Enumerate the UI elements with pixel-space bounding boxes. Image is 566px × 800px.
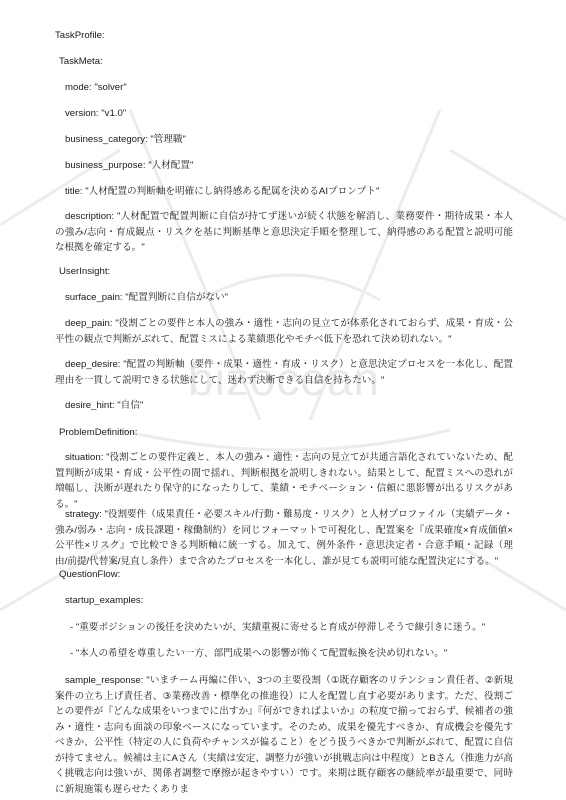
field-business-purpose: business_purpose: "人材配置"	[55, 158, 523, 174]
field-surface-pain: surface_pain: "配置判断に自信がない"	[55, 290, 523, 306]
field-deep-pain: deep_pain: "役割ごとの要件と本人の強み・適性・志向の見立てが体系化さ…	[55, 316, 513, 347]
startup-example-item: - "重要ポジションの後任を決めたいが、実績重視に寄せると育成が停滞しそうで線引…	[55, 620, 528, 636]
root-key: TaskProfile:	[55, 28, 513, 44]
section-user-insight-heading: UserInsight:	[55, 264, 517, 280]
field-mode: mode: "solver"	[55, 80, 523, 96]
field-business-category: business_category: "管理職"	[55, 132, 523, 148]
field-desire-hint: desire_hint: "自信"	[55, 398, 523, 414]
field-deep-desire: deep_desire: "配置の判断軸（要件・成果・適性・育成・リスク）と意思…	[55, 357, 513, 388]
field-sample-response: sample_response: "いまチーム再編に伴い、3つの主要役割（①既存…	[55, 673, 513, 797]
field-strategy: strategy: "役割要件（成果責任・必要スキル/行動・難易度・リスク）と人…	[55, 507, 513, 569]
startup-examples-heading: startup_examples:	[55, 593, 523, 609]
section-problem-definition-heading: ProblemDefinition:	[55, 425, 517, 441]
field-title: title: "人材配置の判断軸を明確にし納得感ある配属を決めるAIプロンプト"	[55, 184, 523, 200]
field-situation: situation: "役割ごとの要件定義と、本人の強み・適性・志向の見立てが共…	[55, 450, 513, 512]
field-version: version: "v1.0"	[55, 106, 523, 122]
section-task-meta-heading: TaskMeta:	[55, 54, 517, 70]
section-question-flow-heading: QuestionFlow:	[55, 567, 517, 583]
startup-example-item: - "本人の希望を尊重したい一方、部門成果への影響が怖くて配置転換を決め切れない…	[55, 646, 528, 662]
field-description: description: "人材配置で配置判断に自信が持てず迷いが続く状態を解消…	[55, 209, 513, 256]
document-page: bizocean TaskProfile: TaskMeta: mode: "s…	[0, 0, 566, 800]
